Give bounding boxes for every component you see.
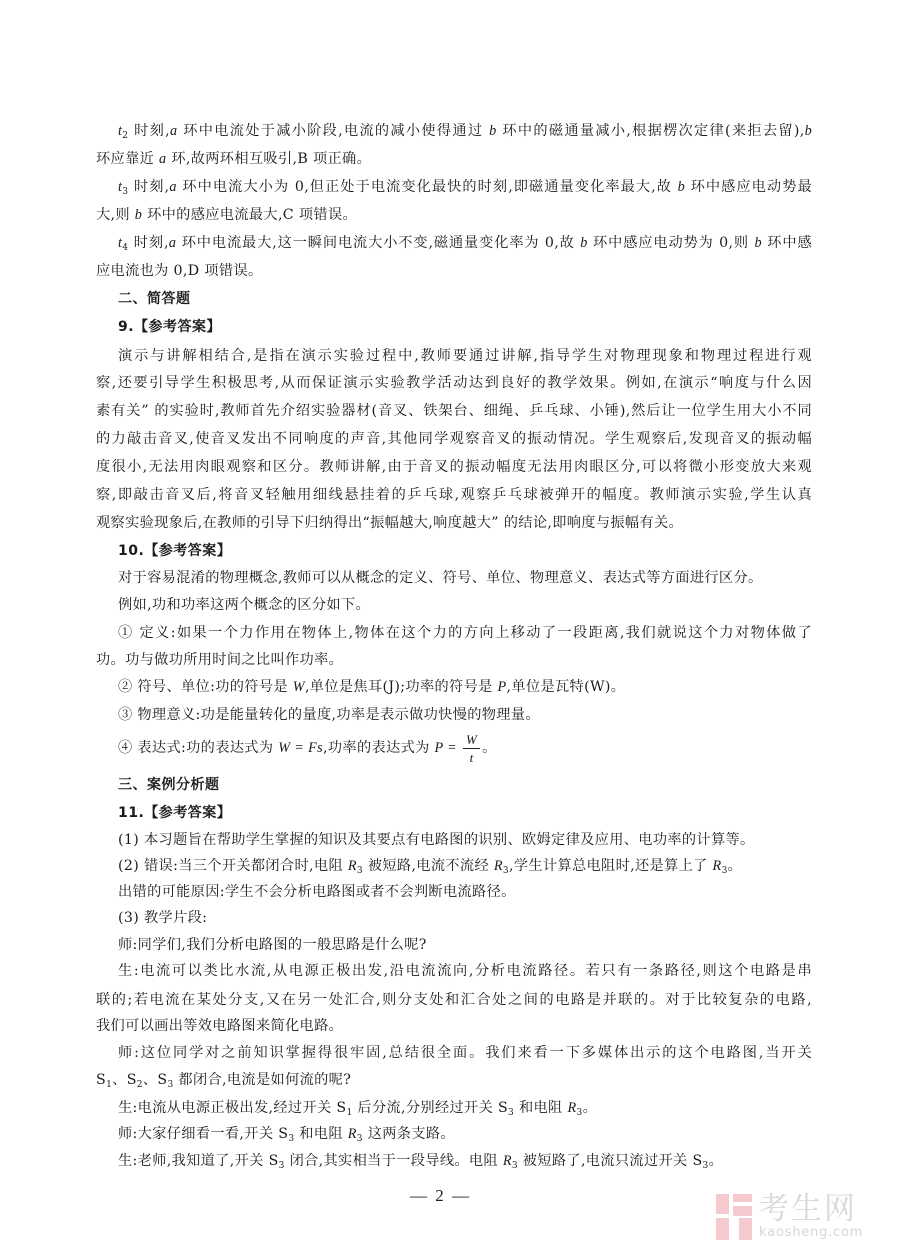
q9-line-6: 察,即敲击音叉后,将音叉轻触用细线悬挂着的乒乓球,观察乒乓球被弹开的幅度。教师演… — [96, 485, 812, 505]
question-10-label: 10.【参考答案】 — [118, 541, 812, 561]
paragraph-t3-line2: 大,则 b 环中的感应电流最大,C 项错误。 — [96, 205, 812, 225]
paragraph-t4-line1: t4 时刻,a 环中电流最大,这一瞬间电流大小不变,磁通量变化率为 0,故 b … — [118, 233, 812, 253]
section-heading-case-analysis: 三、案例分析题 — [118, 775, 812, 795]
paragraph-t4-line2: 应电流也为 0,D 项错误。 — [96, 261, 812, 281]
q9-line-7: 观察实验现象后,在教师的引导下归纳得出“振幅越大,响度越大” 的结论,即响度与振… — [96, 513, 812, 533]
q10-physical-meaning: ③ 物理意义:功是能量转化的量度,功率是表示做功快慢的物理量。 — [118, 705, 812, 725]
paragraph-t2-line1: t2 时刻,a 环中电流处于减小阶段,电流的减小使得通过 b 环中的磁通量减小,… — [118, 121, 812, 141]
question-11-label: 11.【参考答案】 — [118, 803, 812, 823]
q10-intro: 对于容易混淆的物理概念,教师可以从概念的定义、符号、单位、物理意义、表达式等方面… — [118, 568, 812, 588]
dialogue-student-3: 生:老师,我知道了,开关 S3 闭合,其实相当于一段导线。电阻 R3 被短路了,… — [118, 1151, 812, 1171]
dialogue-student-1-line2: 联的;若电流在某处分支,又在另一处汇合,则分支处和汇合处之间的电路是并联的。对于… — [96, 990, 812, 1010]
q9-line-1: 演示与讲解相结合,是指在演示实验过程中,教师要通过讲解,指导学生对物理现象和物理… — [118, 346, 812, 366]
q10-example: 例如,功和功率这两个概念的区分如下。 — [118, 595, 812, 615]
dialogue-teacher-2-line1: 师:这位同学对之前知识掌握得很牢固,总结很全面。我们来看一下多媒体出示的这个电路… — [118, 1043, 812, 1063]
fraction-w-over-t: Wt — [463, 733, 480, 764]
dialogue-student-2: 生:电流从电源正极出发,经过开关 S1 后分流,分别经过开关 S3 和电阻 R3… — [118, 1098, 812, 1118]
page-number: — 2 — — [410, 1186, 471, 1206]
section-heading-short-answer: 二、简答题 — [118, 289, 812, 309]
q9-line-2: 察,还要引导学生积极思考,从而保证演示实验教学活动达到良好的教学效果。例如,在演… — [96, 373, 812, 393]
dialogue-teacher-3: 师:大家仔细看一看,开关 S3 和电阻 R3 这两条支路。 — [118, 1124, 812, 1144]
watermark-text-en: kaosheng.com — [759, 1225, 863, 1240]
q11-part3: (3) 教学片段: — [118, 908, 812, 928]
q11-part1: (1) 本习题旨在帮助学生掌握的知识及其要点有电路图的识别、欧姆定律及应用、电功… — [118, 830, 812, 850]
dialogue-teacher-1: 师:同学们,我们分析电路图的一般思路是什么呢? — [118, 935, 812, 955]
kaosheng-logo-icon — [716, 1194, 752, 1240]
watermark: 考生网 kaosheng.com — [716, 1194, 876, 1244]
q9-line-4: 的力敲击音叉,使音叉发出不同响度的声音,其他同学观察音叉的振动情况。学生观察后,… — [96, 429, 812, 449]
q11-part2: (2) 错误:当三个开关都闭合时,电阻 R3 被短路,电流不流经 R3,学生计算… — [118, 856, 812, 876]
q10-symbol-unit: ② 符号、单位:功的符号是 W,单位是焦耳(J);功率的符号是 P,单位是瓦特(… — [118, 677, 812, 697]
q10-definition-line1: ① 定义:如果一个力作用在物体上,物体在这个力的方向上移动了一段距离,我们就说这… — [118, 623, 812, 643]
paragraph-t2-line2: 环应靠近 a 环,故两环相互吸引,B 项正确。 — [96, 149, 812, 169]
watermark-text-cn: 考生网 — [758, 1192, 857, 1226]
dialogue-teacher-2-line2: S1、S2、S3 都闭合,电流是如何流的呢? — [96, 1070, 812, 1090]
q11-error-reason: 出错的可能原因:学生不会分析电路图或者不会判断电流路径。 — [118, 882, 812, 902]
document-page: t2 时刻,a 环中电流处于减小阶段,电流的减小使得通过 b 环中的磁通量减小,… — [0, 0, 900, 1260]
q10-expression: ④ 表达式:功的表达式为 W = Fs,功率的表达式为 P = Wt。 — [118, 728, 812, 768]
q9-line-5: 度很小,无法用肉眼观察和区分。教师讲解,由于音叉的振动幅度无法用肉眼区分,可以将… — [96, 457, 812, 477]
dialogue-student-1-line3: 我们可以画出等效电路图来简化电路。 — [96, 1016, 812, 1036]
q10-definition-line2: 功。功与做功所用时间之比叫作功率。 — [96, 650, 812, 670]
question-9-label: 9.【参考答案】 — [118, 317, 812, 337]
q9-line-3: 素有关” 的实验时,教师首先介绍实验器材(音叉、铁架台、细绳、乒乓球、小锤),然… — [96, 401, 812, 421]
paragraph-t3-line1: t3 时刻,a 环中电流大小为 0,但正处于电流变化最快的时刻,即磁通量变化率最… — [118, 177, 812, 197]
dialogue-student-1-line1: 生:电流可以类比水流,从电源正极出发,沿电流流向,分析电流路径。若只有一条路径,… — [118, 961, 812, 981]
